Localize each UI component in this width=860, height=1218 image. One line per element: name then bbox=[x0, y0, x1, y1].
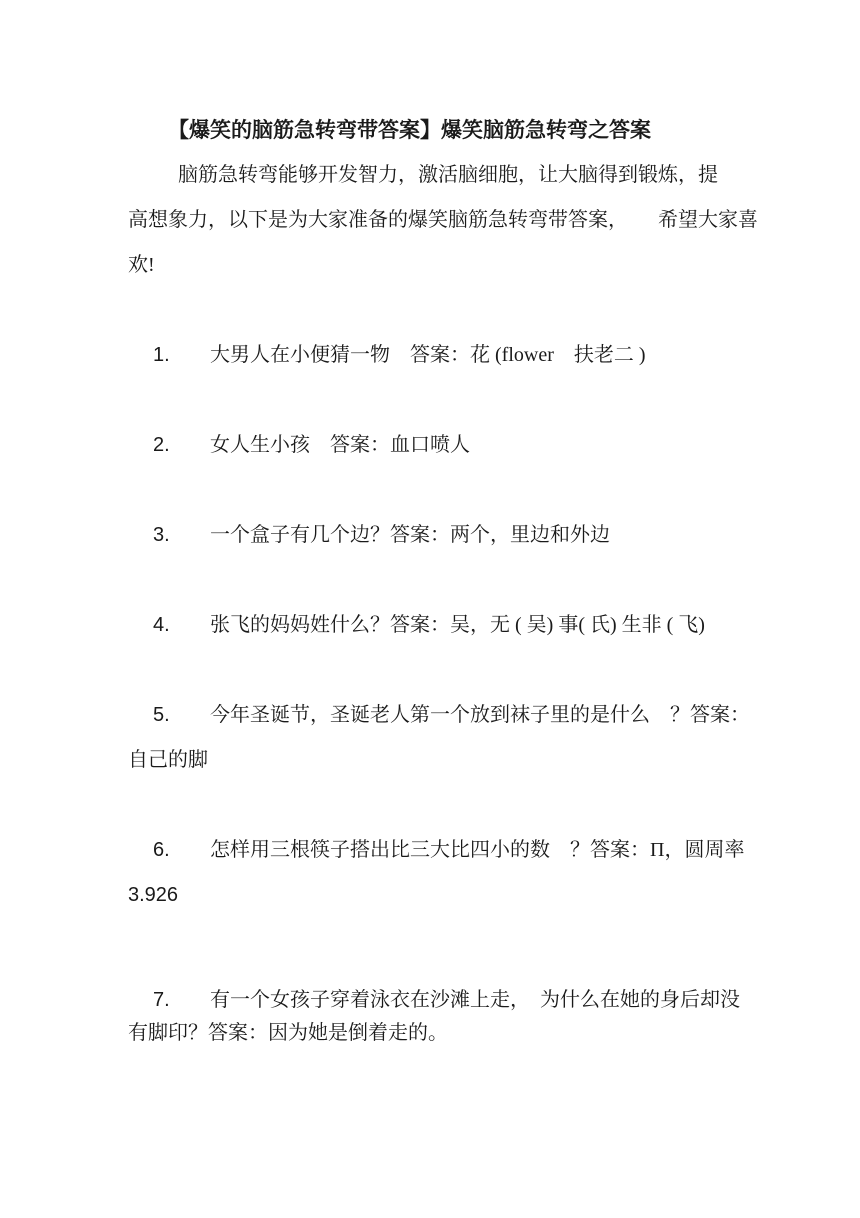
page-title: 【爆笑的脑筋急转弯带答案】爆笑脑筋急转弯之答案 bbox=[128, 108, 750, 153]
list-item: 1.大男人在小便猜一物 答案：花 (flower 扶老二 ) bbox=[128, 333, 750, 378]
riddle-list: 1.大男人在小便猜一物 答案：花 (flower 扶老二 )2.女人生小孩 答案… bbox=[128, 333, 750, 1050]
item-number: 6. bbox=[128, 828, 210, 873]
item-number: 1. bbox=[128, 333, 210, 378]
document-page: 【爆笑的脑筋急转弯带答案】爆笑脑筋急转弯之答案 脑筋急转弯能够开发智力，激活脑细… bbox=[0, 0, 860, 1218]
item-text: 女人生小孩 答案：血口喷人 bbox=[210, 434, 470, 456]
item-line: 7.有一个女孩子穿着泳衣在沙滩上走， 为什么在她的身后却没 bbox=[128, 984, 750, 1017]
list-item: 5.今年圣诞节，圣诞老人第一个放到袜子里的是什么 ？答案：自己的脚 bbox=[128, 693, 750, 783]
item-line: 1.大男人在小便猜一物 答案：花 (flower 扶老二 ) bbox=[128, 333, 750, 378]
item-line: 3.一个盒子有几个边？答案：两个，里边和外边 bbox=[128, 513, 750, 558]
item-line: 6.怎样用三根筷子搭出比三大比四小的数 ？答案：Π，圆周率 bbox=[128, 828, 750, 873]
intro-line: 高想象力，以下是为大家准备的爆笑脑筋急转弯带答案， 希望大家喜 bbox=[128, 198, 750, 243]
item-number: 4. bbox=[128, 603, 210, 648]
item-number: 7. bbox=[128, 984, 210, 1017]
item-text: 有一个女孩子穿着泳衣在沙滩上走， 为什么在她的身后却没 bbox=[210, 989, 740, 1011]
intro-line: 欢! bbox=[128, 243, 750, 288]
item-number: 2. bbox=[128, 423, 210, 468]
item-line: 2.女人生小孩 答案：血口喷人 bbox=[128, 423, 750, 468]
item-text: 怎样用三根筷子搭出比三大比四小的数 ？答案：Π，圆周率 bbox=[210, 839, 744, 861]
intro-line: 脑筋急转弯能够开发智力，激活脑细胞，让大脑得到锻炼，提 bbox=[128, 153, 750, 198]
item-continuation-line: 3.926 bbox=[128, 873, 750, 918]
list-item: 2.女人生小孩 答案：血口喷人 bbox=[128, 423, 750, 468]
item-number: 3. bbox=[128, 513, 210, 558]
item-text: 大男人在小便猜一物 答案：花 (flower 扶老二 ) bbox=[210, 344, 646, 366]
list-item: 3.一个盒子有几个边？答案：两个，里边和外边 bbox=[128, 513, 750, 558]
list-item: 7.有一个女孩子穿着泳衣在沙滩上走， 为什么在她的身后却没有脚印？答案：因为她是… bbox=[128, 984, 750, 1050]
item-number: 5. bbox=[128, 693, 210, 738]
document-content: 【爆笑的脑筋急转弯带答案】爆笑脑筋急转弯之答案 脑筋急转弯能够开发智力，激活脑细… bbox=[0, 0, 860, 1050]
item-text: 一个盒子有几个边？答案：两个，里边和外边 bbox=[210, 524, 610, 546]
item-text: 张飞的妈妈姓什么？答案：吴，无 ( 吴) 事( 氏) 生非 ( 飞) bbox=[210, 614, 705, 636]
item-continuation-line: 有脚印？答案：因为她是倒着走的。 bbox=[128, 1017, 750, 1050]
item-line: 4.张飞的妈妈姓什么？答案：吴，无 ( 吴) 事( 氏) 生非 ( 飞) bbox=[128, 603, 750, 648]
item-continuation-line: 自己的脚 bbox=[128, 738, 750, 783]
list-item: 6.怎样用三根筷子搭出比三大比四小的数 ？答案：Π，圆周率3.926 bbox=[128, 828, 750, 918]
item-line: 5.今年圣诞节，圣诞老人第一个放到袜子里的是什么 ？答案： bbox=[128, 693, 750, 738]
list-item: 4.张飞的妈妈姓什么？答案：吴，无 ( 吴) 事( 氏) 生非 ( 飞) bbox=[128, 603, 750, 648]
item-text: 今年圣诞节，圣诞老人第一个放到袜子里的是什么 ？答案： bbox=[210, 704, 750, 726]
intro-paragraph: 脑筋急转弯能够开发智力，激活脑细胞，让大脑得到锻炼，提高想象力，以下是为大家准备… bbox=[128, 153, 750, 288]
